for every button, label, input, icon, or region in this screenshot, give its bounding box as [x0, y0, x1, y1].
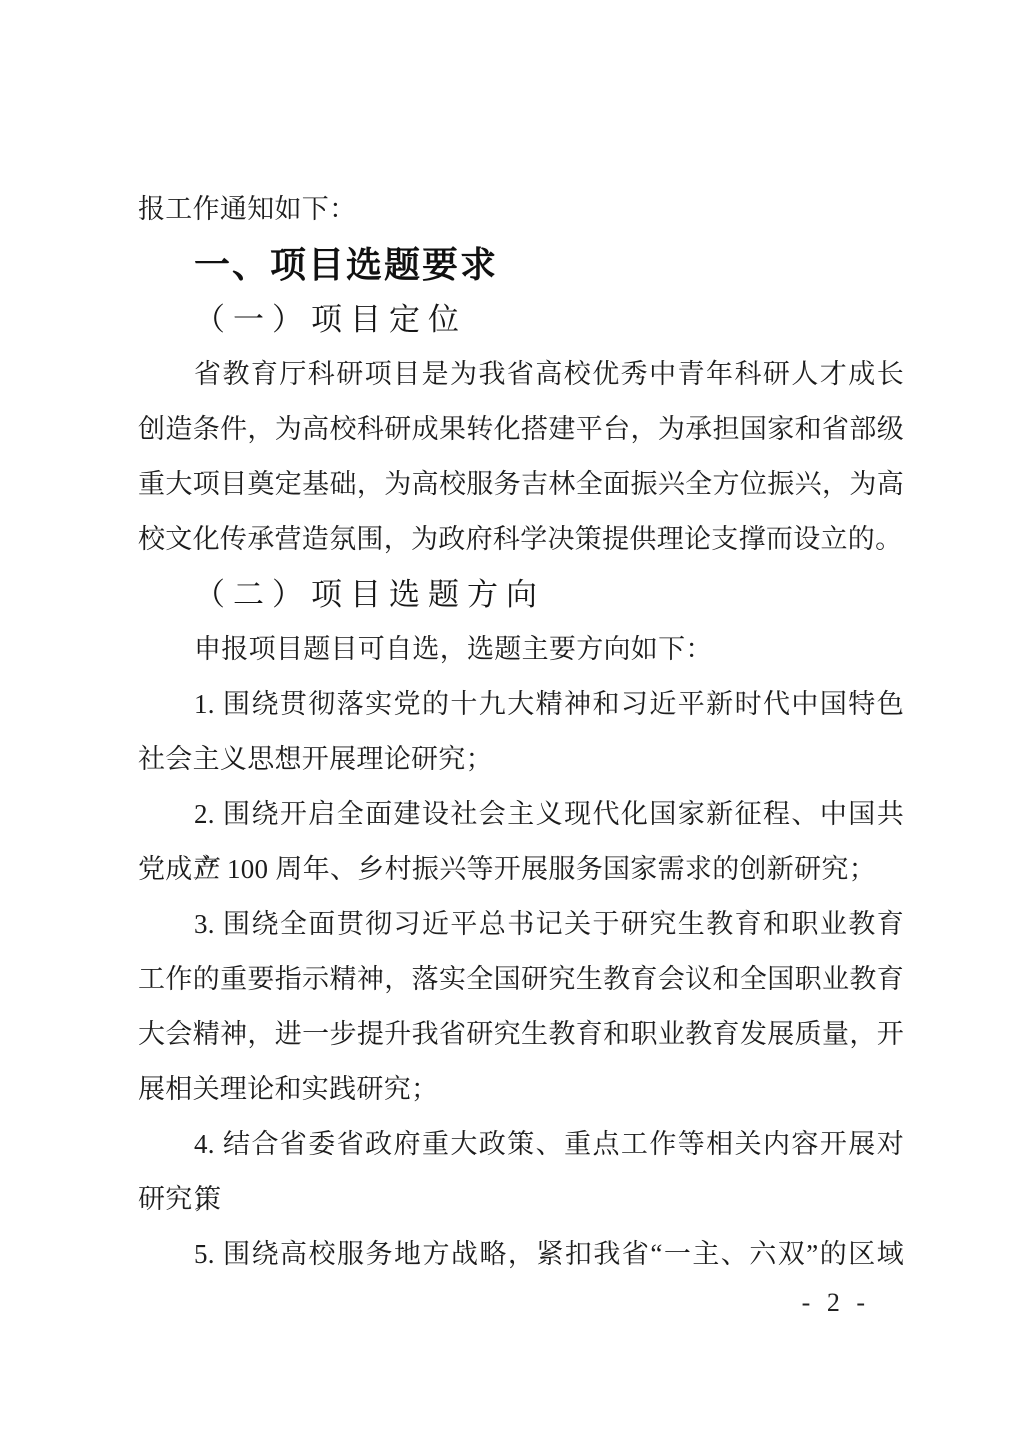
- section-heading: 一、项目选题要求: [138, 237, 904, 292]
- text-line: 创造条件，为高校科研成果转化搭建平台，为承担国家和省部级: [138, 402, 904, 457]
- text-line: 3. 围绕全面贯彻习近平总书记关于研究生教育和职业教育: [138, 897, 904, 952]
- text-line: 研究；: [138, 1172, 904, 1227]
- document-page: 报工作通知如下：一、项目选题要求（一）项目定位省教育厅科研项目是为我省高校优秀中…: [0, 0, 1024, 1448]
- text-line: 党成立 100 周年、乡村振兴等开展服务国家需求的创新研究；: [138, 842, 904, 897]
- sub-heading: （一）项目定位: [138, 292, 904, 347]
- text-line: 5. 围绕高校服务地方战略，紧扣我省“一主、六双”的区域: [138, 1227, 904, 1282]
- page-number: - 2 -: [802, 1288, 870, 1318]
- sub-heading: （二）项目选题方向: [138, 567, 904, 622]
- text-line: 展相关理论和实践研究；: [138, 1062, 904, 1117]
- text-line: 1. 围绕贯彻落实党的十九大精神和习近平新时代中国特色: [138, 677, 904, 732]
- text-line: 省教育厅科研项目是为我省高校优秀中青年科研人才成长: [138, 347, 904, 402]
- text-line: 工作的重要指示精神，落实全国研究生教育会议和全国职业教育: [138, 952, 904, 1007]
- text-line: 重大项目奠定基础，为高校服务吉林全面振兴全方位振兴，为高: [138, 457, 904, 512]
- text-line: 4. 结合省委省政府重大政策、重点工作等相关内容开展对策: [138, 1117, 904, 1172]
- text-line: 大会精神，进一步提升我省研究生教育和职业教育发展质量，开: [138, 1007, 904, 1062]
- text-line: 报工作通知如下：: [138, 182, 904, 237]
- text-line: 申报项目题目可自选，选题主要方向如下：: [138, 622, 904, 677]
- text-line: 2. 围绕开启全面建设社会主义现代化国家新征程、中国共产: [138, 787, 904, 842]
- text-line: 社会主义思想开展理论研究；: [138, 732, 904, 787]
- document-body: 报工作通知如下：一、项目选题要求（一）项目定位省教育厅科研项目是为我省高校优秀中…: [138, 182, 904, 1282]
- text-line: 校文化传承营造氛围，为政府科学决策提供理论支撑而设立的。: [138, 512, 904, 567]
